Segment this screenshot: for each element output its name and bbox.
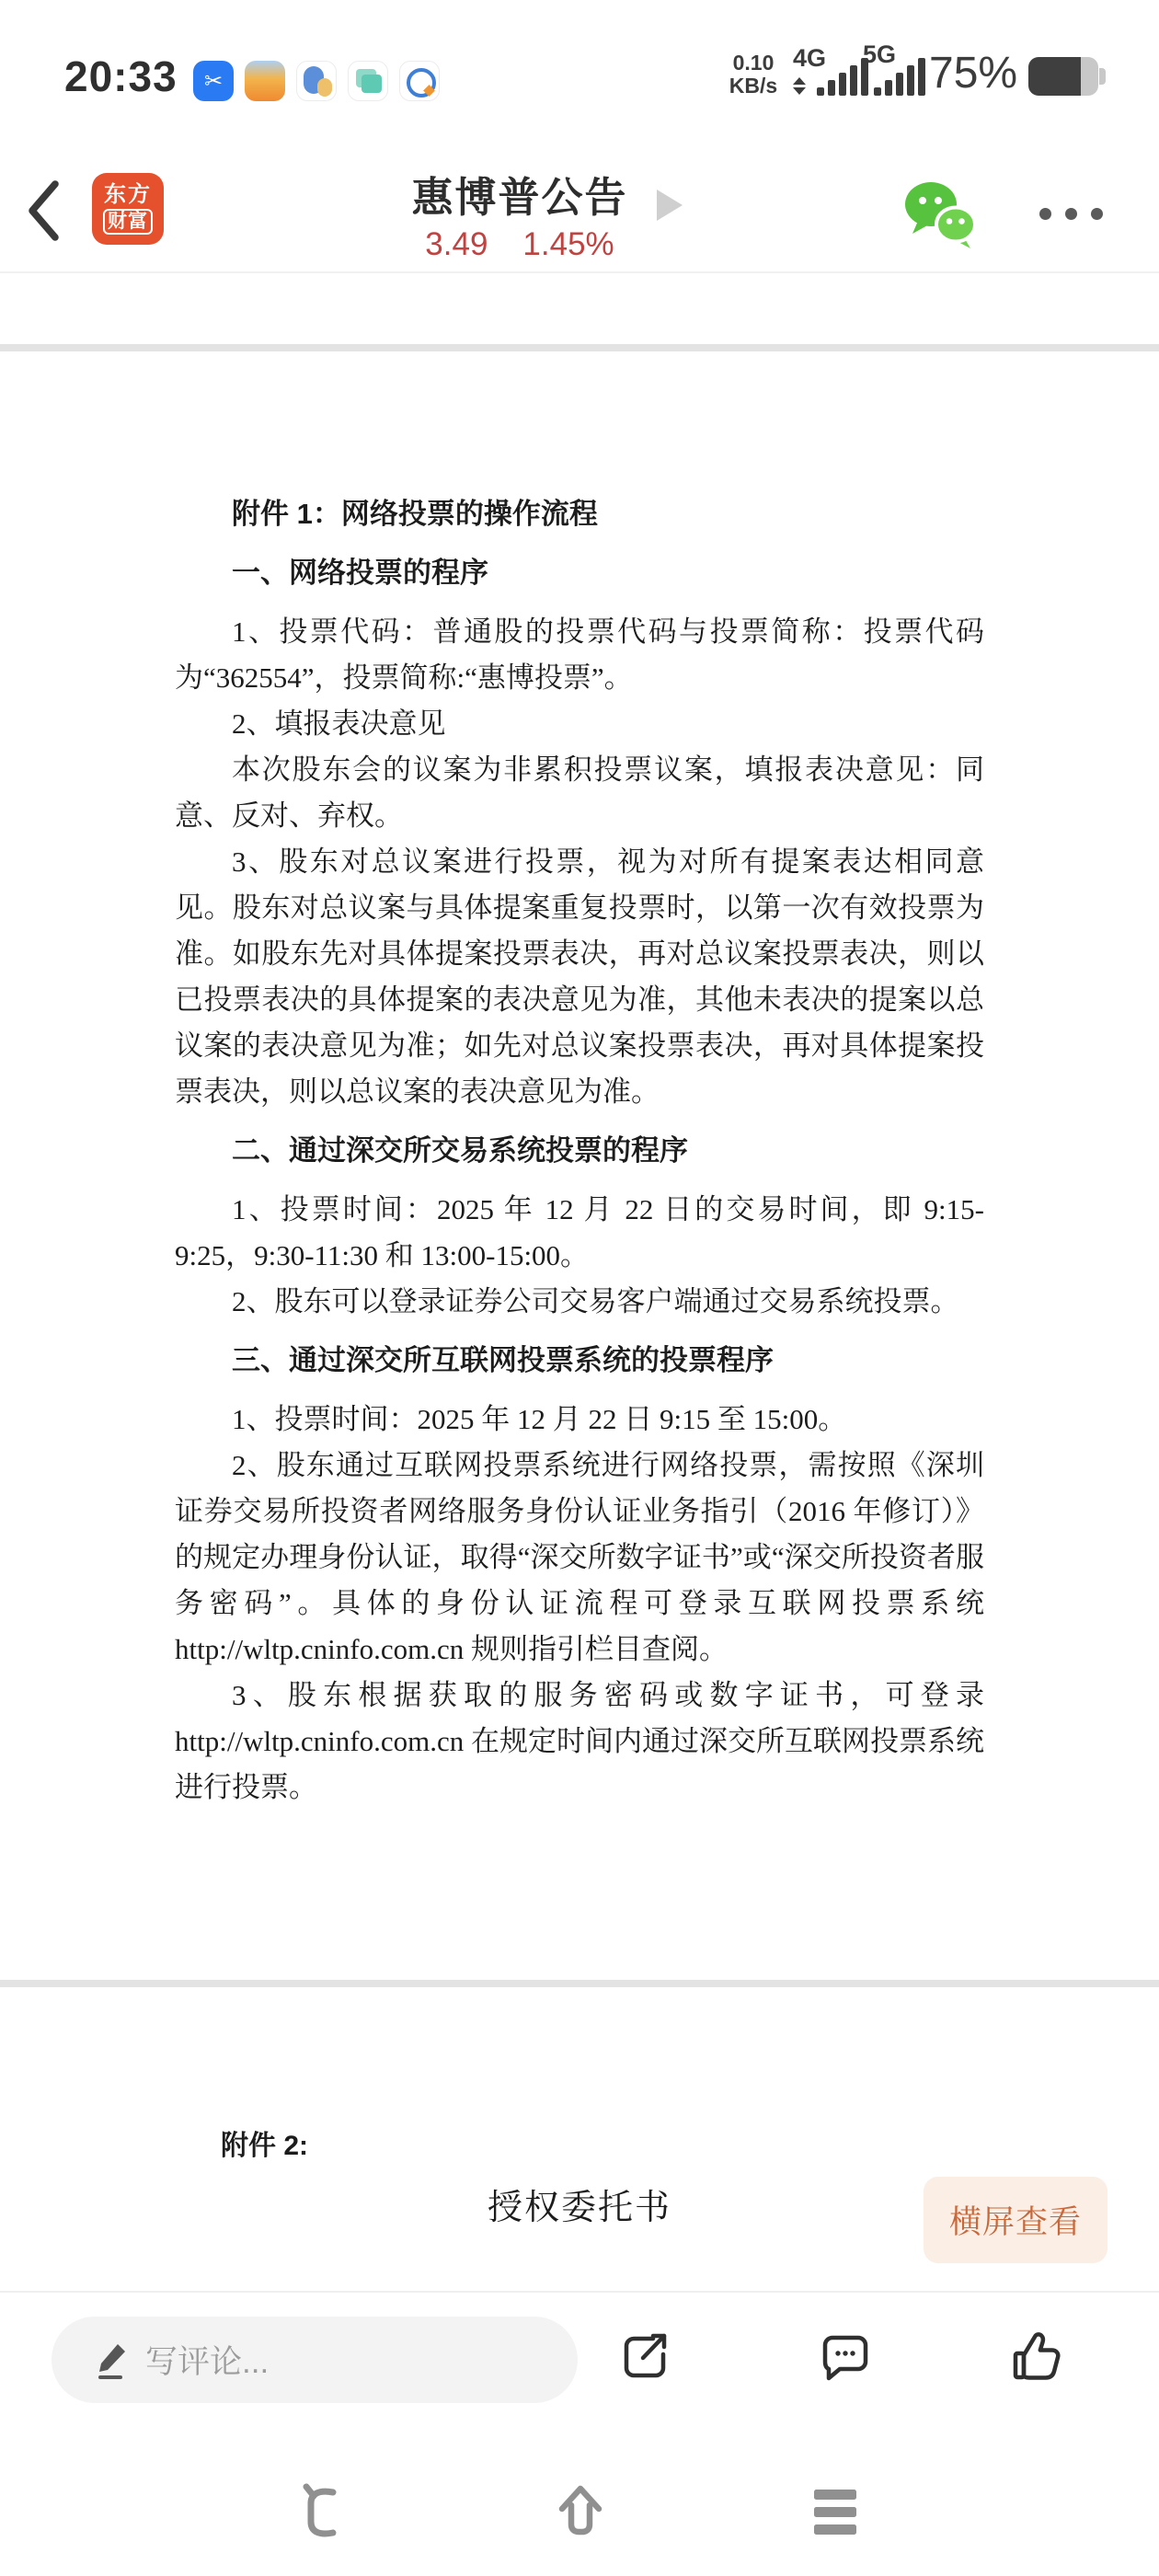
nav-home-icon [550, 2480, 611, 2543]
store-app-icon [296, 61, 337, 101]
monkey-app-icon [245, 61, 285, 101]
share-icon [618, 2329, 671, 2383]
nav-back-icon [293, 2480, 353, 2543]
document-viewer[interactable]: 附件 1：网络投票的操作流程 一、网络投票的程序 1、投票代码：普通股的投票代码… [0, 275, 1159, 2291]
comment-placeholder: 写评论... [145, 2337, 269, 2383]
doc-paragraph: 3、股东对总议案进行投票，视为对所有提案表达相同意见。股东对总议案与具体提案重复… [175, 839, 984, 1115]
clock: 20:33 [64, 52, 178, 101]
scissors-app-icon: ✂ [193, 61, 234, 101]
status-bar: 20:33 ✂ 0.10 KB/s 4G 5G 75% [0, 0, 1159, 110]
document-page-1: 附件 1：网络投票的操作流程 一、网络投票的程序 1、投票代码：普通股的投票代码… [175, 478, 984, 1811]
chat-app-icon [399, 61, 440, 101]
nav-home-button[interactable] [550, 2480, 611, 2543]
comment-toolbar: 写评论... [0, 2291, 1159, 2440]
page-title: 惠博普公告 [411, 175, 627, 221]
page-separator [0, 344, 1159, 351]
nav-menu-icon [805, 2480, 866, 2543]
more-menu-button[interactable] [1039, 208, 1103, 220]
doc-paragraph: 本次股东会的议案为非累积投票议案，填报表决意见：同意、反对、弃权。 [175, 747, 984, 839]
doc-paragraph: 2、填报表决意见 [175, 701, 984, 747]
stock-quote[interactable]: 3.49 1.45% [411, 226, 627, 263]
back-chevron-icon [24, 178, 64, 243]
document-page-2: 附件 2: 授权委托书 [175, 2125, 984, 2232]
title-block: 惠博普公告 3.49 1.45% [411, 175, 627, 263]
screen: 20:33 ✂ 0.10 KB/s 4G 5G 75% [0, 0, 1159, 2576]
dot [1039, 208, 1051, 220]
section2-heading: 二、通过深交所交易系统投票的程序 [175, 1128, 984, 1174]
stock-change-percent: 1.45% [522, 226, 614, 263]
sim2-signal-icon [874, 59, 925, 96]
wechat-icon [903, 180, 979, 252]
doc-paragraph: 3、股东根据获取的服务密码或数字证书，可登录 http://wltp.cninf… [175, 1673, 984, 1811]
attachment1-heading: 附件 1：网络投票的操作流程 [175, 491, 984, 537]
section3-heading: 三、通过深交所互联网投票系统的投票程序 [175, 1338, 984, 1384]
doc-paragraph: 1、投票时间：2025 年 12 月 22 日 9:15 至 15:00。 [175, 1397, 984, 1443]
dot [1091, 208, 1103, 220]
nav-back-button[interactable] [293, 2480, 353, 2543]
attachment2-heading: 附件 2: [175, 2125, 984, 2168]
notes-app-icon [348, 61, 388, 101]
network-speed-value: 0.10 [721, 52, 786, 75]
nav-menu-button[interactable] [805, 2480, 866, 2543]
doc-paragraph: 2、股东可以登录证券公司交易客户端通过交易系统投票。 [175, 1279, 984, 1325]
eastmoney-logo[interactable]: 东方 财富 [92, 173, 164, 245]
battery-percent: 75% [929, 48, 1017, 98]
battery-icon [1028, 57, 1098, 96]
notification-app-icons: ✂ [193, 61, 440, 101]
logo-line1: 东方 [104, 183, 152, 207]
pencil-icon [92, 2340, 129, 2380]
title-expand-arrow-icon[interactable] [657, 190, 683, 221]
share-button[interactable] [618, 2329, 671, 2383]
dot [1065, 208, 1077, 220]
doc-paragraph: 1、投票时间：2025 年 12 月 22 日的交易时间，即 9:15-9:25… [175, 1187, 984, 1279]
app-header: 东方 财富 惠博普公告 3.49 1.45% [0, 110, 1159, 273]
network-speed: 0.10 KB/s [721, 52, 786, 98]
doc-paragraph: 2、股东通过互联网投票系统进行网络投票，需按照《深圳证券交易所投资者网络服务身份… [175, 1443, 984, 1673]
page-separator [0, 1980, 1159, 1987]
data-transfer-arrows-icon [793, 77, 806, 95]
wechat-share-button[interactable] [903, 180, 979, 252]
thumbs-up-icon [1008, 2328, 1065, 2385]
system-nav-bar [0, 2440, 1159, 2576]
proxy-form-title: 授权委托书 [175, 2184, 984, 2232]
section1-heading: 一、网络投票的程序 [175, 550, 984, 596]
like-button[interactable] [1008, 2328, 1065, 2385]
logo-line2: 财富 [103, 209, 153, 235]
back-button[interactable] [24, 178, 64, 243]
landscape-view-button[interactable]: 横屏查看 [924, 2177, 1107, 2263]
sim1-signal-icon [817, 59, 868, 96]
comment-bubble-icon [819, 2329, 872, 2383]
comment-input[interactable]: 写评论... [52, 2317, 578, 2403]
comments-button[interactable] [819, 2329, 872, 2383]
doc-paragraph: 1、投票代码：普通股的投票代码与投票简称：投票代码为“362554”，投票简称:… [175, 609, 984, 701]
stock-price: 3.49 [425, 226, 488, 263]
network-speed-unit: KB/s [721, 75, 786, 98]
